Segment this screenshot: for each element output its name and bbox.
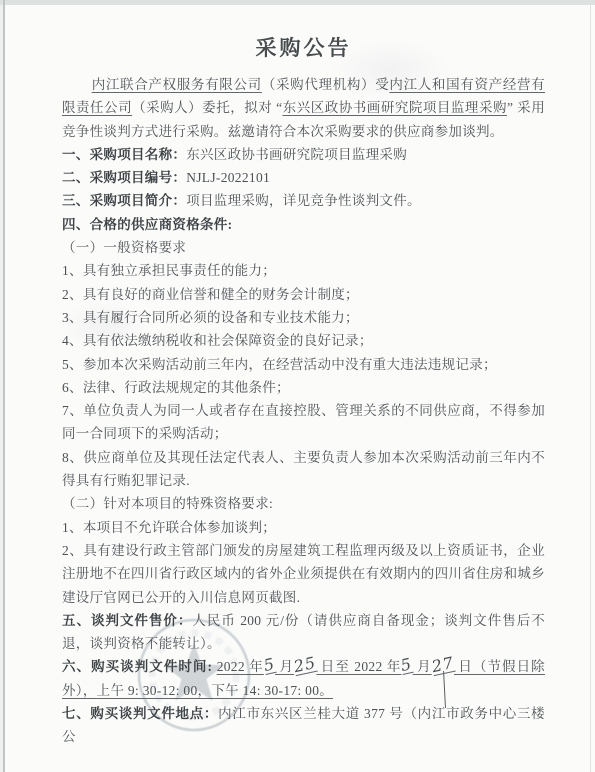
section-label: 六、购买谈判文件时间: [62,659,217,674]
text-run: （二）针对本项目的特殊资格要求: [62,496,273,511]
text-run: 月 [275,659,294,674]
section-label: 七、购买谈判文件地点： [62,706,218,721]
requirement-item-2: 2、具有良好的商业信誉和健全的财务会计制度； [62,283,545,306]
section-label: 五、谈判文件售价： [62,613,192,628]
text-run: 5、参加本次采购活动前三年内，在经营活动中没有重大违法违规记录； [62,357,497,372]
section-label: 四、合格的供应商资格条件: [62,217,232,232]
section-project-brief: 三、采购项目简介：项目监理采购，详见竞争性谈判文件。 [62,189,545,212]
section-purchase-place: 七、购买谈判文件地点：内江市东兴区兰桂大道 377 号（内江市政务中心三楼公 [62,702,545,749]
section-project-number: 二、采购项目编号：NJLJ-2022101 [62,166,545,189]
text-run: 7、单位负责人为同一人或者存在直接控股、管理关系的不同供应商，不得参加同一合同项… [62,403,545,441]
text-run: 4、具有依法缴纳税收和社会保障资金的良好记录； [62,333,373,348]
intro-paragraph: 内江联合产权服务有限公司（采购代理机构）受内江人和国有资产经营有限责任公司（采购… [62,73,545,143]
section-label: 一、采购项目名称： [62,147,186,162]
text-run: （一）一般资格要求 [62,240,186,255]
text-run: 1、本项目不允许联合体参加谈判； [62,520,276,535]
requirement-item-6: 6、法律、行政法规规定的其他条件； [62,376,545,399]
requirement-item-7: 7、单位负责人为同一人或者存在直接控股、管理关系的不同供应商，不得参加同一合同项… [62,399,545,446]
section-project-name: 一、采购项目名称：东兴区政协书画研究院项目监理采购 [62,143,545,166]
text-run: 日至 2022 年 [316,659,401,674]
subheading-general-requirements: （一）一般资格要求 [62,236,545,259]
handwritten-digit: 27 [430,655,455,675]
text-run: 1、具有独立承担民事责任的能力； [62,263,276,278]
section-document-price: 五、谈判文件售价：人民币 200 元/份（请供应商自备现金；谈判文件售后不退，谈… [62,609,545,656]
requirement-item-5: 5、参加本次采购活动前三年内，在经营活动中没有重大违法违规记录； [62,353,545,376]
section-label: 三、采购项目简介： [62,193,186,208]
text-run: 东兴区政协书画研究院项目监理采购 [186,147,407,162]
document-title: 采购公告 [62,32,545,62]
document-content: 采购公告 内江联合产权服务有限公司（采购代理机构）受内江人和国有资产经营有限责任… [0,0,595,772]
text-run: 上午 9: 30-12: 00，下午 14: 30-17: 00。 [97,683,333,698]
text-run: 6、法律、行政法规规定的其他条件； [62,380,290,395]
special-item-1: 1、本项目不允许联合体参加谈判； [62,516,545,539]
text-run: 3、具有履行合同所必须的设备和专业技术能力； [62,310,359,325]
scanned-document-page: 采购公告 内江联合产权服务有限公司（采购代理机构）受内江人和国有资产经营有限责任… [0,0,595,772]
requirement-item-3: 3、具有履行合同所必须的设备和专业技术能力； [62,306,545,329]
requirement-item-4: 4、具有依法缴纳税收和社会保障资金的良好记录； [62,329,545,352]
text-run: 2、具有建设行政主管部门颁发的房屋建筑工程监理丙级及以上资质证书，企业注册地不在… [62,543,545,605]
text-run: NJLJ-2022101 [186,170,270,185]
text-run: 项目监理采购，详见竞争性谈判文件。 [186,193,421,208]
special-item-2: 2、具有建设行政主管部门颁发的房屋建筑工程监理丙级及以上资质证书，企业注册地不在… [62,539,545,609]
handwritten-digit: 25 [292,655,317,675]
text-run: （采购代理机构）受 [262,77,390,92]
text-run: 东兴区政协书画研究院项目监理采购 [282,100,507,115]
section-purchase-time: 六、购买谈判文件时间: 2022 年5 月25 日至 2022 年5 月27 日… [62,655,545,702]
text-run: 内江联合产权服务有限公司 [92,77,262,92]
text-run: 2022 年 [217,659,264,674]
text-run: 2、具有良好的商业信誉和健全的财务会计制度； [62,287,359,302]
text-run: 月 [413,659,432,674]
section-supplier-qualification: 四、合格的供应商资格条件: [62,213,545,236]
subheading-special-requirements: （二）针对本项目的特殊资格要求: [62,492,545,515]
text-run: （采购人）委托，拟对 “ [132,100,282,115]
requirement-item-8: 8、供应商单位及其现任法定代表人、主要负责人参加本次采购活动前三年内不得具有行贿… [62,446,545,493]
text-run: 8、供应商单位及其现任法定代表人、主要负责人参加本次采购活动前三年内不得具有行贿… [62,450,545,488]
requirement-item-1: 1、具有独立承担民事责任的能力； [62,259,545,282]
section-label: 二、采购项目编号： [62,170,186,185]
document-body: 内江联合产权服务有限公司（采购代理机构）受内江人和国有资产经营有限责任公司（采购… [62,73,545,749]
